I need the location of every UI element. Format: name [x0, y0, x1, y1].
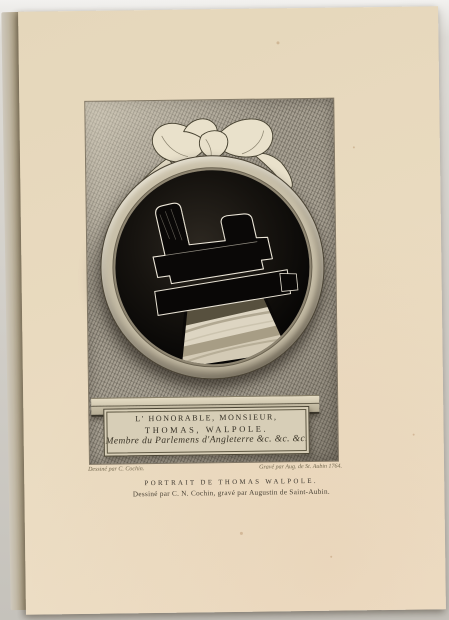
- foxing-spot: [240, 532, 243, 535]
- photo-background: L' HONORABLE, MONSIEUR, THOMAS, WALPOLE.…: [0, 0, 449, 620]
- plaque-line-1: L' HONORABLE, MONSIEUR,: [104, 412, 308, 424]
- signature-row: Dessiné par C. Cochin. Gravé par Aug. de…: [88, 464, 342, 473]
- foxing-spot: [330, 556, 332, 558]
- foxing-spot: [413, 434, 415, 436]
- caption-title: PORTRAIT DE THOMAS WALPOLE.: [91, 477, 371, 488]
- caption-block: PORTRAIT DE THOMAS WALPOLE. Dessiné par …: [91, 477, 371, 499]
- portrait-disc: [114, 169, 311, 366]
- plaque-line-3: Membre du Parlemens d'Angleterre &c. &c.…: [105, 434, 309, 447]
- foxing-spot: [353, 146, 355, 148]
- caption-credit: Dessiné par C. N. Cochin, gravé par Augu…: [91, 487, 371, 499]
- paper-sheet: L' HONORABLE, MONSIEUR, THOMAS, WALPOLE.…: [18, 6, 446, 614]
- abstract-bust-figure: [114, 169, 311, 366]
- engraved-plate: L' HONORABLE, MONSIEUR, THOMAS, WALPOLE.…: [85, 99, 338, 464]
- engraver-signature-right: Gravé par Aug. de St. Aubin 1764.: [259, 464, 342, 471]
- foxing-spot: [276, 41, 279, 44]
- inscription-plaque: L' HONORABLE, MONSIEUR, THOMAS, WALPOLE.…: [103, 406, 310, 457]
- engraver-signature-left: Dessiné par C. Cochin.: [88, 466, 144, 473]
